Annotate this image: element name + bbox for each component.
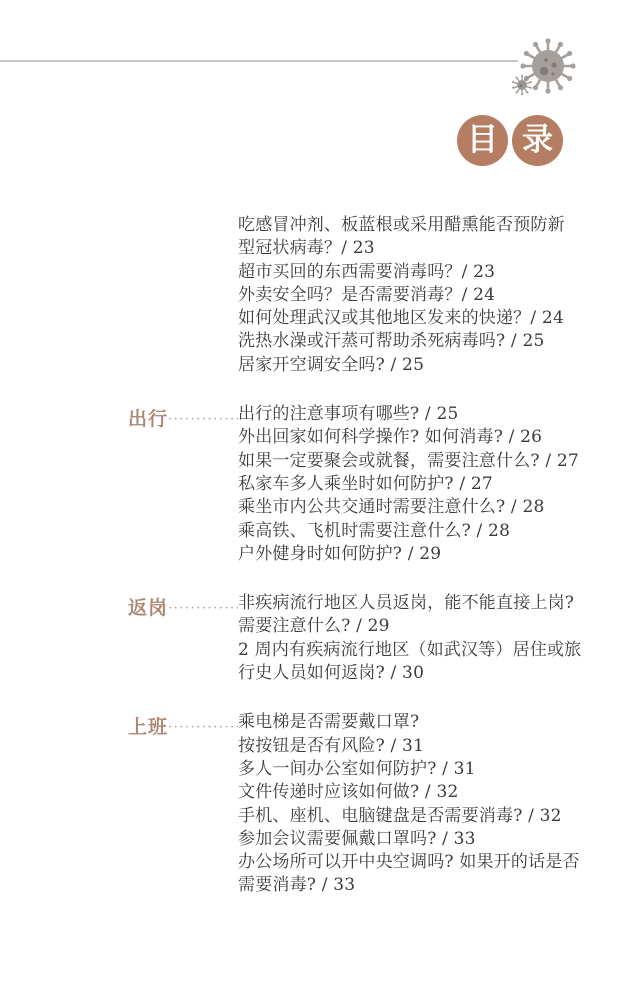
toc-line: 行史人员如何返岗? / 30 (238, 662, 598, 685)
toc-item: 如何处理武汉或其他地区发来的快递？/ 24 (238, 307, 598, 330)
toc-line: 超市买回的东西需要消毒吗？/ 23 (238, 261, 598, 284)
toc-line: 办公场所可以开中央空调吗? 如果开的话是否 (238, 851, 598, 874)
toc-item: 乘高铁、飞机时需要注意什么? / 28 (238, 520, 598, 543)
toc-item: 参加会议需要佩戴口罩吗? / 33 (238, 828, 598, 851)
section-label-column: 上班············· (128, 711, 238, 739)
toc-line: 洗热水澡或汗蒸可帮助杀死病毒吗? / 25 (238, 330, 598, 353)
toc-section: 吃感冒冲剂、板蓝根或采用醋熏能否预防新型冠状病毒？/ 23超市买回的东西需要消毒… (128, 214, 598, 377)
toc-line: 需要消毒? / 33 (238, 874, 598, 897)
toc-item: 超市买回的东西需要消毒吗？/ 23 (238, 261, 598, 284)
toc-items: 乘电梯是否需要戴口罩?按按钮是否有风险? / 31多人一间办公室如何防护? / … (238, 711, 598, 897)
toc-page: 目 录 吃感冒冲剂、板蓝根或采用醋熏能否预防新型冠状病毒？/ 23超市买回的东西… (0, 0, 637, 991)
toc-line: 非疾病流行地区人员返岗，能不能直接上岗? (238, 592, 598, 615)
toc-item: 2 周内有疾病流行地区（如武汉等）居住或旅行史人员如何返岗? / 30 (238, 639, 598, 686)
toc-item: 外出回家如何科学操作? 如何消毒? / 26 (238, 426, 598, 449)
toc-line: 居家开空调安全吗? / 25 (238, 354, 598, 377)
toc-line: 私家车多人乘坐时如何防护? / 27 (238, 473, 598, 496)
toc-items: 出行的注意事项有哪些? / 25外出回家如何科学操作? 如何消毒? / 26如果… (238, 403, 598, 566)
toc-item: 办公场所可以开中央空调吗? 如果开的话是否需要消毒? / 33 (238, 851, 598, 898)
toc-line: 如何处理武汉或其他地区发来的快递？/ 24 (238, 307, 598, 330)
toc-line: 参加会议需要佩戴口罩吗? / 33 (238, 828, 598, 851)
toc-item: 多人一间办公室如何防护? / 31 (238, 758, 598, 781)
section-label: 返岗 (128, 597, 168, 619)
toc-item: 洗热水澡或汗蒸可帮助杀死病毒吗? / 25 (238, 330, 598, 353)
toc-section: 返岗·············非疾病流行地区人员返岗，能不能直接上岗?需要注意什… (128, 592, 598, 685)
toc-line: 多人一间办公室如何防护? / 31 (238, 758, 598, 781)
toc-line: 户外健身时如何防护? / 29 (238, 543, 598, 566)
toc-item: 外卖安全吗？是否需要消毒？/ 24 (238, 284, 598, 307)
toc-item: 如果一定要聚会或就餐，需要注意什么? / 27 (238, 450, 598, 473)
toc-line: 如果一定要聚会或就餐，需要注意什么? / 27 (238, 450, 598, 473)
toc-line: 外卖安全吗？是否需要消毒？/ 24 (238, 284, 598, 307)
toc-item: 私家车多人乘坐时如何防护? / 27 (238, 473, 598, 496)
toc-items: 非疾病流行地区人员返岗，能不能直接上岗?需要注意什么? / 292 周内有疾病流… (238, 592, 598, 685)
toc-item: 吃感冒冲剂、板蓝根或采用醋熏能否预防新型冠状病毒？/ 23 (238, 214, 598, 261)
toc-line: 乘电梯是否需要戴口罩? (238, 711, 598, 734)
toc-line: 2 周内有疾病流行地区（如武汉等）居住或旅 (238, 639, 598, 662)
toc-line: 乘坐市内公共交通时需要注意什么? / 28 (238, 496, 598, 519)
toc-item: 手机、座机、电脑键盘是否需要消毒? / 32 (238, 805, 598, 828)
header-rule (0, 60, 518, 62)
toc-item: 居家开空调安全吗? / 25 (238, 354, 598, 377)
toc-section: 出行·············出行的注意事项有哪些? / 25外出回家如何科学操… (128, 403, 598, 566)
leader-dots: ············· (168, 720, 238, 735)
toc-item: 非疾病流行地区人员返岗，能不能直接上岗?需要注意什么? / 29 (238, 592, 598, 639)
section-label-column: 返岗············· (128, 592, 238, 620)
toc-line: 吃感冒冲剂、板蓝根或采用醋熏能否预防新 (238, 214, 598, 237)
toc-item: 出行的注意事项有哪些? / 25 (238, 403, 598, 426)
toc-line: 手机、座机、电脑键盘是否需要消毒? / 32 (238, 805, 598, 828)
section-label-column: 出行············· (128, 403, 238, 431)
toc-line: 按按钮是否有风险? / 31 (238, 735, 598, 758)
toc-line: 文件传递时应该如何做? / 32 (238, 781, 598, 804)
toc-item: 户外健身时如何防护? / 29 (238, 543, 598, 566)
toc-item: 文件传递时应该如何做? / 32 (238, 781, 598, 804)
leader-dots: ············· (168, 412, 238, 427)
toc-item: 乘电梯是否需要戴口罩?按按钮是否有风险? / 31 (238, 711, 598, 758)
toc-line: 需要注意什么? / 29 (238, 615, 598, 638)
coronavirus-icon (500, 36, 590, 100)
toc-list: 吃感冒冲剂、板蓝根或采用醋熏能否预防新型冠状病毒？/ 23超市买回的东西需要消毒… (128, 214, 598, 924)
section-label: 出行 (128, 408, 168, 430)
toc-line: 外出回家如何科学操作? 如何消毒? / 26 (238, 426, 598, 449)
title-badge-lu: 录 (512, 115, 563, 166)
toc-items: 吃感冒冲剂、板蓝根或采用醋熏能否预防新型冠状病毒？/ 23超市买回的东西需要消毒… (238, 214, 598, 377)
page-title: 目 录 (457, 115, 563, 166)
toc-line: 乘高铁、飞机时需要注意什么? / 28 (238, 520, 598, 543)
toc-line: 型冠状病毒？/ 23 (238, 237, 598, 260)
leader-dots: ············· (168, 601, 238, 616)
toc-item: 乘坐市内公共交通时需要注意什么? / 28 (238, 496, 598, 519)
section-label: 上班 (128, 716, 168, 738)
title-badge-mu: 目 (457, 115, 508, 166)
toc-line: 出行的注意事项有哪些? / 25 (238, 403, 598, 426)
toc-section: 上班·············乘电梯是否需要戴口罩?按按钮是否有风险? / 31… (128, 711, 598, 897)
section-label-column (128, 214, 238, 215)
